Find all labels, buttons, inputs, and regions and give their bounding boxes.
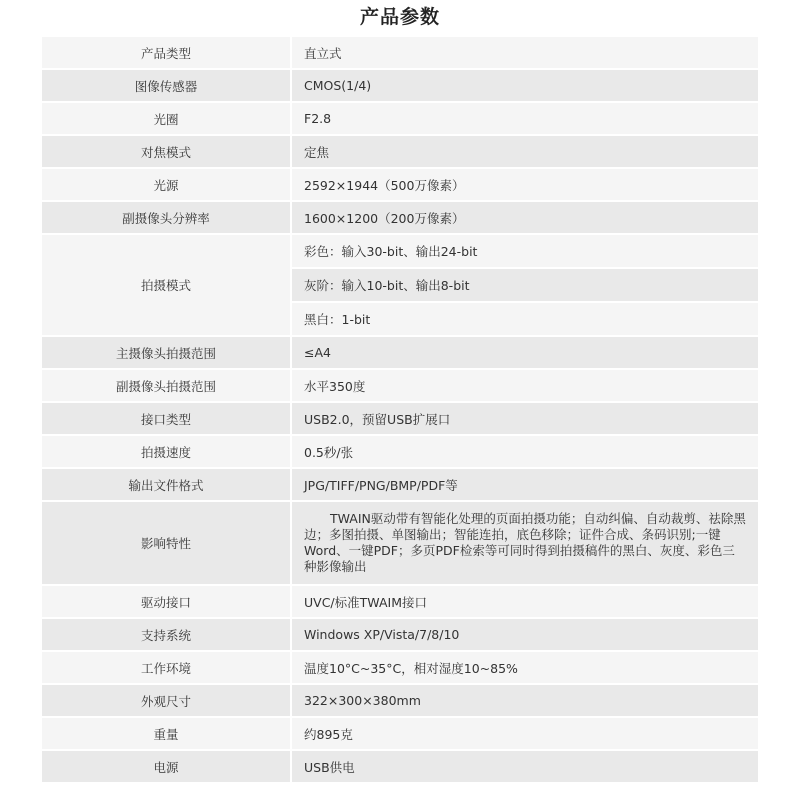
spec-label: 主摄像头拍摄范围 xyxy=(42,337,290,368)
spec-label: 影响特性 xyxy=(42,502,290,584)
spec-label: 接口类型 xyxy=(42,403,290,434)
spec-label: 副摄像头分辨率 xyxy=(42,202,290,233)
spec-label: 图像传感器 xyxy=(42,70,290,101)
spec-value: 2592×1944（500万像素） xyxy=(292,169,758,200)
spec-row-power: 电源 USB供电 xyxy=(42,751,758,782)
spec-label: 拍摄模式 xyxy=(42,235,290,335)
spec-value-black-white: 黑白：1-bit xyxy=(292,303,758,335)
spec-value: CMOS(1/4) xyxy=(292,70,758,101)
page-title: 产品参数 xyxy=(0,3,800,31)
spec-row-operating-environment: 工作环境 温度10°C~35°C，相对湿度10~85% xyxy=(42,652,758,683)
spec-row-capture-speed: 拍摄速度 0.5秒/张 xyxy=(42,436,758,467)
spec-value-paragraph: TWAIN驱动带有智能化处理的页面拍摄功能；自动纠偏、自动裁剪、祛除黑边；多图拍… xyxy=(292,502,758,584)
spec-row-main-camera-range: 主摄像头拍摄范围 ≤A4 xyxy=(42,337,758,368)
spec-row-secondary-camera-range: 副摄像头拍摄范围 水平350度 xyxy=(42,370,758,401)
spec-label: 外观尺寸 xyxy=(42,685,290,716)
spec-value: 温度10°C~35°C，相对湿度10~85% xyxy=(292,652,758,683)
spec-value: UVC/标准TWAIM接口 xyxy=(292,586,758,617)
spec-label: 输出文件格式 xyxy=(42,469,290,500)
spec-value-color: 彩色：输入30-bit、输出24-bit xyxy=(292,235,758,267)
spec-label: 对焦模式 xyxy=(42,136,290,167)
spec-label: 支持系统 xyxy=(42,619,290,650)
spec-row-output-format: 输出文件格式 JPG/TIFF/PNG/BMP/PDF等 xyxy=(42,469,758,500)
spec-value-text: TWAIN驱动带有智能化处理的页面拍摄功能；自动纠偏、自动裁剪、祛除黑边；多图拍… xyxy=(304,511,746,575)
spec-value: JPG/TIFF/PNG/BMP/PDF等 xyxy=(292,469,758,500)
spec-label: 驱动接口 xyxy=(42,586,290,617)
spec-value: USB2.0，预留USB扩展口 xyxy=(292,403,758,434)
spec-label: 电源 xyxy=(42,751,290,782)
spec-row-weight: 重量 约895克 xyxy=(42,718,758,749)
spec-value: 水平350度 xyxy=(292,370,758,401)
spec-value: ≤A4 xyxy=(292,337,758,368)
spec-table: 产品类型 直立式 图像传感器 CMOS(1/4) 光圈 F2.8 对焦模式 定焦… xyxy=(42,37,758,782)
spec-value: 322×300×380mm xyxy=(292,685,758,716)
spec-value: 直立式 xyxy=(292,37,758,68)
spec-row-secondary-camera-resolution: 副摄像头分辨率 1600×1200（200万像素） xyxy=(42,202,758,233)
spec-label: 拍摄速度 xyxy=(42,436,290,467)
spec-label: 光圈 xyxy=(42,103,290,134)
spec-row-driver-interface: 驱动接口 UVC/标准TWAIM接口 xyxy=(42,586,758,617)
spec-value: 约895克 xyxy=(292,718,758,749)
spec-value: F2.8 xyxy=(292,103,758,134)
spec-row-image-features: 影响特性 TWAIN驱动带有智能化处理的页面拍摄功能；自动纠偏、自动裁剪、祛除黑… xyxy=(42,502,758,584)
spec-row-capture-mode: 拍摄模式 彩色：输入30-bit、输出24-bit 灰阶：输入10-bit、输出… xyxy=(42,235,758,335)
spec-row-light-source: 光源 2592×1944（500万像素） xyxy=(42,169,758,200)
spec-label: 工作环境 xyxy=(42,652,290,683)
spec-row-dimensions: 外观尺寸 322×300×380mm xyxy=(42,685,758,716)
spec-row-supported-systems: 支持系统 Windows XP/Vista/7/8/10 xyxy=(42,619,758,650)
spec-row-interface-type: 接口类型 USB2.0，预留USB扩展口 xyxy=(42,403,758,434)
spec-value: USB供电 xyxy=(292,751,758,782)
capture-mode-values: 彩色：输入30-bit、输出24-bit 灰阶：输入10-bit、输出8-bit… xyxy=(292,235,758,335)
spec-row-product-type: 产品类型 直立式 xyxy=(42,37,758,68)
spec-label: 副摄像头拍摄范围 xyxy=(42,370,290,401)
spec-row-aperture: 光圈 F2.8 xyxy=(42,103,758,134)
spec-value: 0.5秒/张 xyxy=(292,436,758,467)
spec-label: 光源 xyxy=(42,169,290,200)
spec-value: 1600×1200（200万像素） xyxy=(292,202,758,233)
spec-row-image-sensor: 图像传感器 CMOS(1/4) xyxy=(42,70,758,101)
spec-value: Windows XP/Vista/7/8/10 xyxy=(292,619,758,650)
spec-label: 产品类型 xyxy=(42,37,290,68)
spec-value-grayscale: 灰阶：输入10-bit、输出8-bit xyxy=(292,269,758,301)
spec-label: 重量 xyxy=(42,718,290,749)
spec-row-focus-mode: 对焦模式 定焦 xyxy=(42,136,758,167)
spec-value: 定焦 xyxy=(292,136,758,167)
